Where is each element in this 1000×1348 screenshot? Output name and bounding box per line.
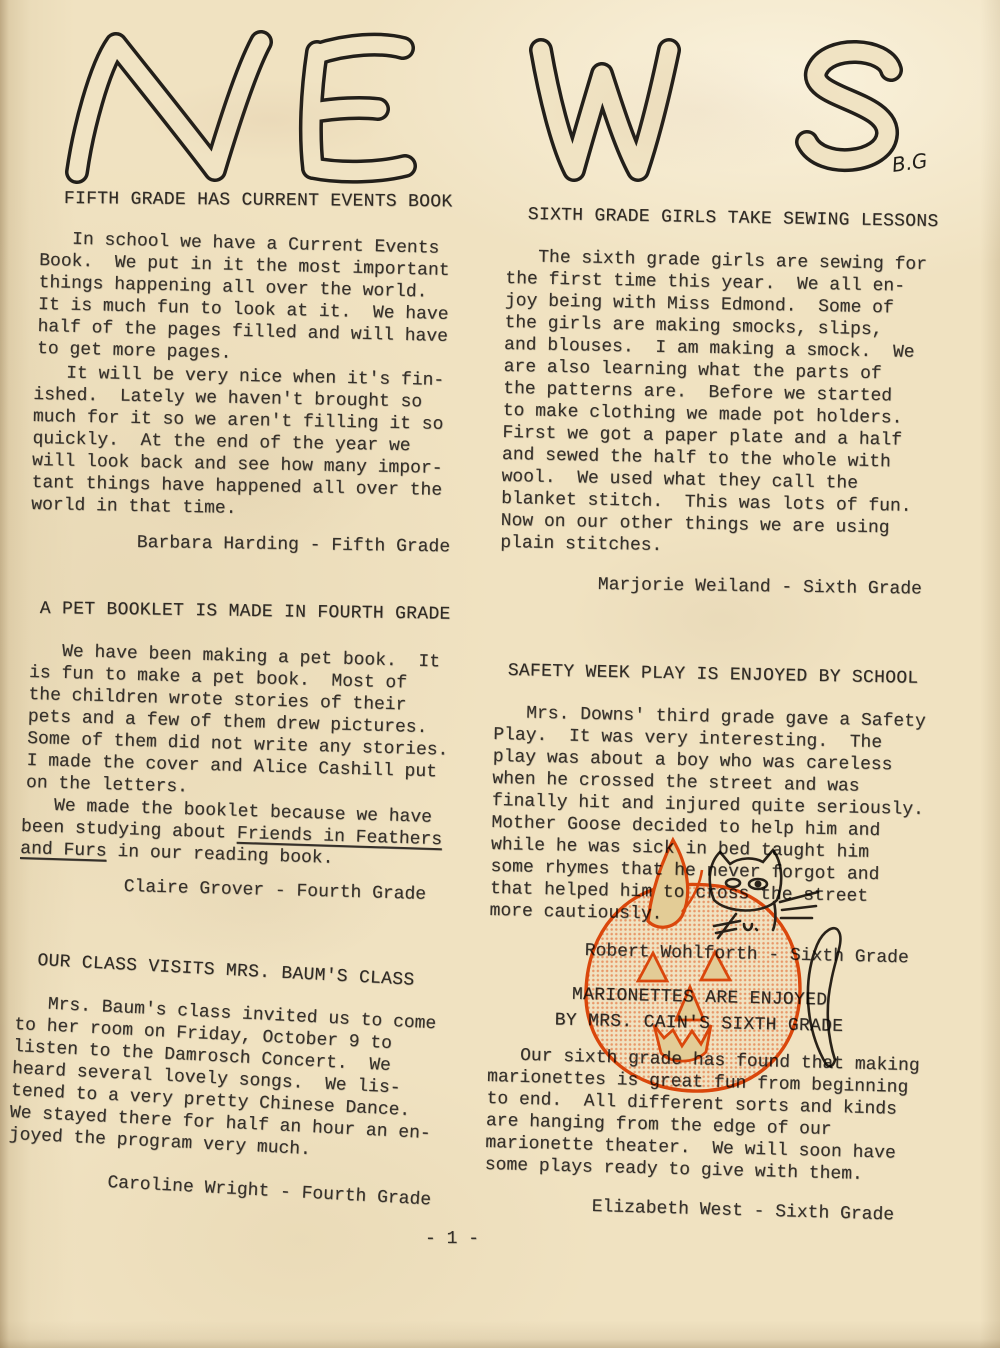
article-byline: Elizabeth West - Sixth Grade [591, 1196, 894, 1226]
article-byline: Caroline Wright - Fourth Grade [107, 1172, 432, 1211]
news-title-hollow [77, 42, 891, 172]
news-masthead-lettering: B.G [55, 12, 955, 192]
underlined-book-title: and Furs [20, 839, 107, 862]
article-paragraph: We have been making a pet book. It is fu… [26, 640, 451, 806]
article-paragraph: In school we have a Current Events Book.… [37, 228, 451, 370]
article-paragraph: Mrs. Baum's class invited us to come to … [8, 992, 437, 1167]
article-byline: Marjorie Weiland - Sixth Grade [598, 574, 922, 601]
cat-tail [808, 928, 841, 1066]
article-paragraph: It will be very nice when it's fin- ishe… [31, 362, 444, 524]
article-byline: Claire Grover - Fourth Grade [123, 876, 426, 906]
article-heading-sewing-lessons: SIXTH GRADE GIRLS TAKE SEWING LESSONS [528, 204, 939, 233]
cat-whiskers-right [780, 892, 818, 918]
pumpkin-leaf [648, 840, 688, 927]
newsletter-page: B.G FIFTH GRADE HAS CURRENT EVENTS BOOK … [0, 0, 1000, 1348]
article-heading-baums-class: OUR CLASS VISITS MRS. BAUM'S CLASS [37, 950, 415, 992]
jack-o-lantern-stamp [568, 826, 868, 1116]
article-byline: Barbara Harding - Fifth Grade [137, 532, 451, 558]
cat-left-eye [726, 879, 740, 887]
page-number: - 1 - [397, 1228, 507, 1250]
article-paragraph: The sixth grade girls are sewing for the… [500, 246, 927, 562]
artist-initials: B.G [890, 148, 929, 177]
article-heading-current-events: FIFTH GRADE HAS CURRENT EVENTS BOOK [64, 188, 453, 213]
article-paragraph-with-book-title: We made the booklet because we have been… [20, 794, 443, 873]
article-heading-safety-play: SAFETY WEEK PLAY IS ENJOYED BY SCHOOL [508, 660, 919, 690]
paragraph-text: in our reading book. [106, 842, 333, 869]
pumpkin-body [586, 840, 800, 1091]
article-heading-pet-booklet: A PET BOOKLET IS MADE IN FOURTH GRADE [40, 598, 451, 626]
